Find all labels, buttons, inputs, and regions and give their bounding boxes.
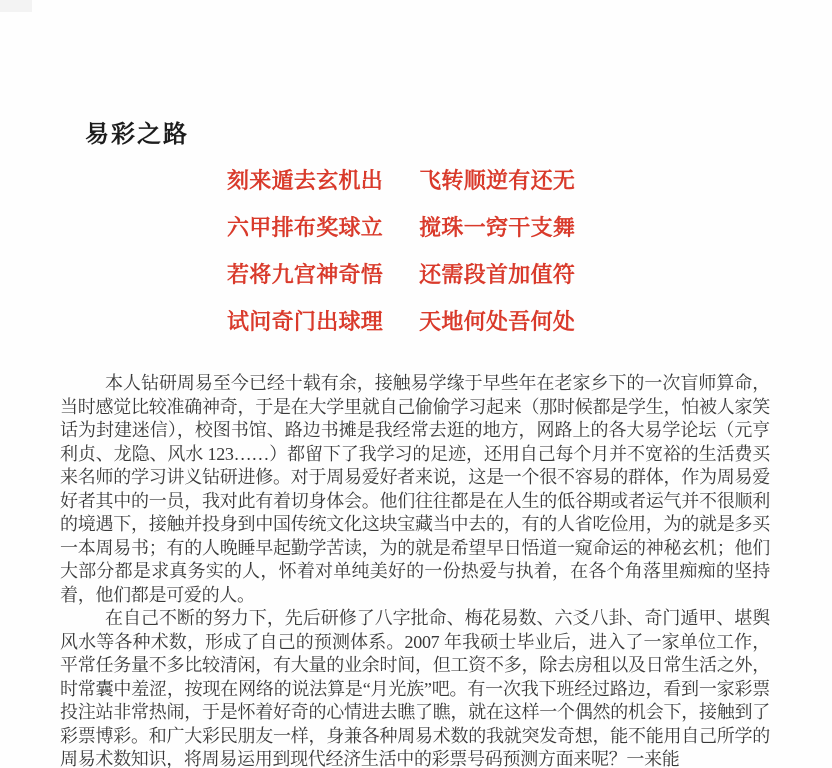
poem-verse: 飞转顺逆有还无 <box>419 164 575 195</box>
poem-line: 试问奇门出球理 天地何处吾何处 <box>227 297 575 344</box>
document-page: 易彩之路 刻来遁去玄机出 飞转顺逆有还无 六甲排布奖球立 搅珠一窍干支舞 若将九… <box>0 0 832 768</box>
poem-verse: 六甲排布奖球立 <box>227 211 383 242</box>
poem-verse: 若将九宫神奇悟 <box>227 258 383 289</box>
poem-block: 刻来遁去玄机出 飞转顺逆有还无 六甲排布奖球立 搅珠一窍干支舞 若将九宫神奇悟 … <box>227 156 575 344</box>
poem-verse: 还需段首加值符 <box>419 258 575 289</box>
poem-verse: 搅珠一窍干支舞 <box>419 211 575 242</box>
poem-verse: 天地何处吾何处 <box>419 305 575 336</box>
poem-verse: 试问奇门出球理 <box>227 305 383 336</box>
poem-line: 六甲排布奖球立 搅珠一窍干支舞 <box>227 203 575 250</box>
scan-artifact <box>0 0 32 12</box>
page-title: 易彩之路 <box>85 114 189 149</box>
paragraph-2: 在自己不断的努力下，先后研修了八字批命、梅花易数、六爻八卦、奇门遁甲、堪舆风水等… <box>60 607 770 768</box>
body-text: 本人钻研周易至今已经十载有余，接触易学缘于早些年在老家乡下的一次盲师算命，当时感… <box>60 372 770 768</box>
poem-line: 刻来遁去玄机出 飞转顺逆有还无 <box>227 156 575 203</box>
poem-verse: 刻来遁去玄机出 <box>227 164 383 195</box>
poem-line: 若将九宫神奇悟 还需段首加值符 <box>227 250 575 297</box>
paragraph-1: 本人钻研周易至今已经十载有余，接触易学缘于早些年在老家乡下的一次盲师算命，当时感… <box>60 372 770 607</box>
